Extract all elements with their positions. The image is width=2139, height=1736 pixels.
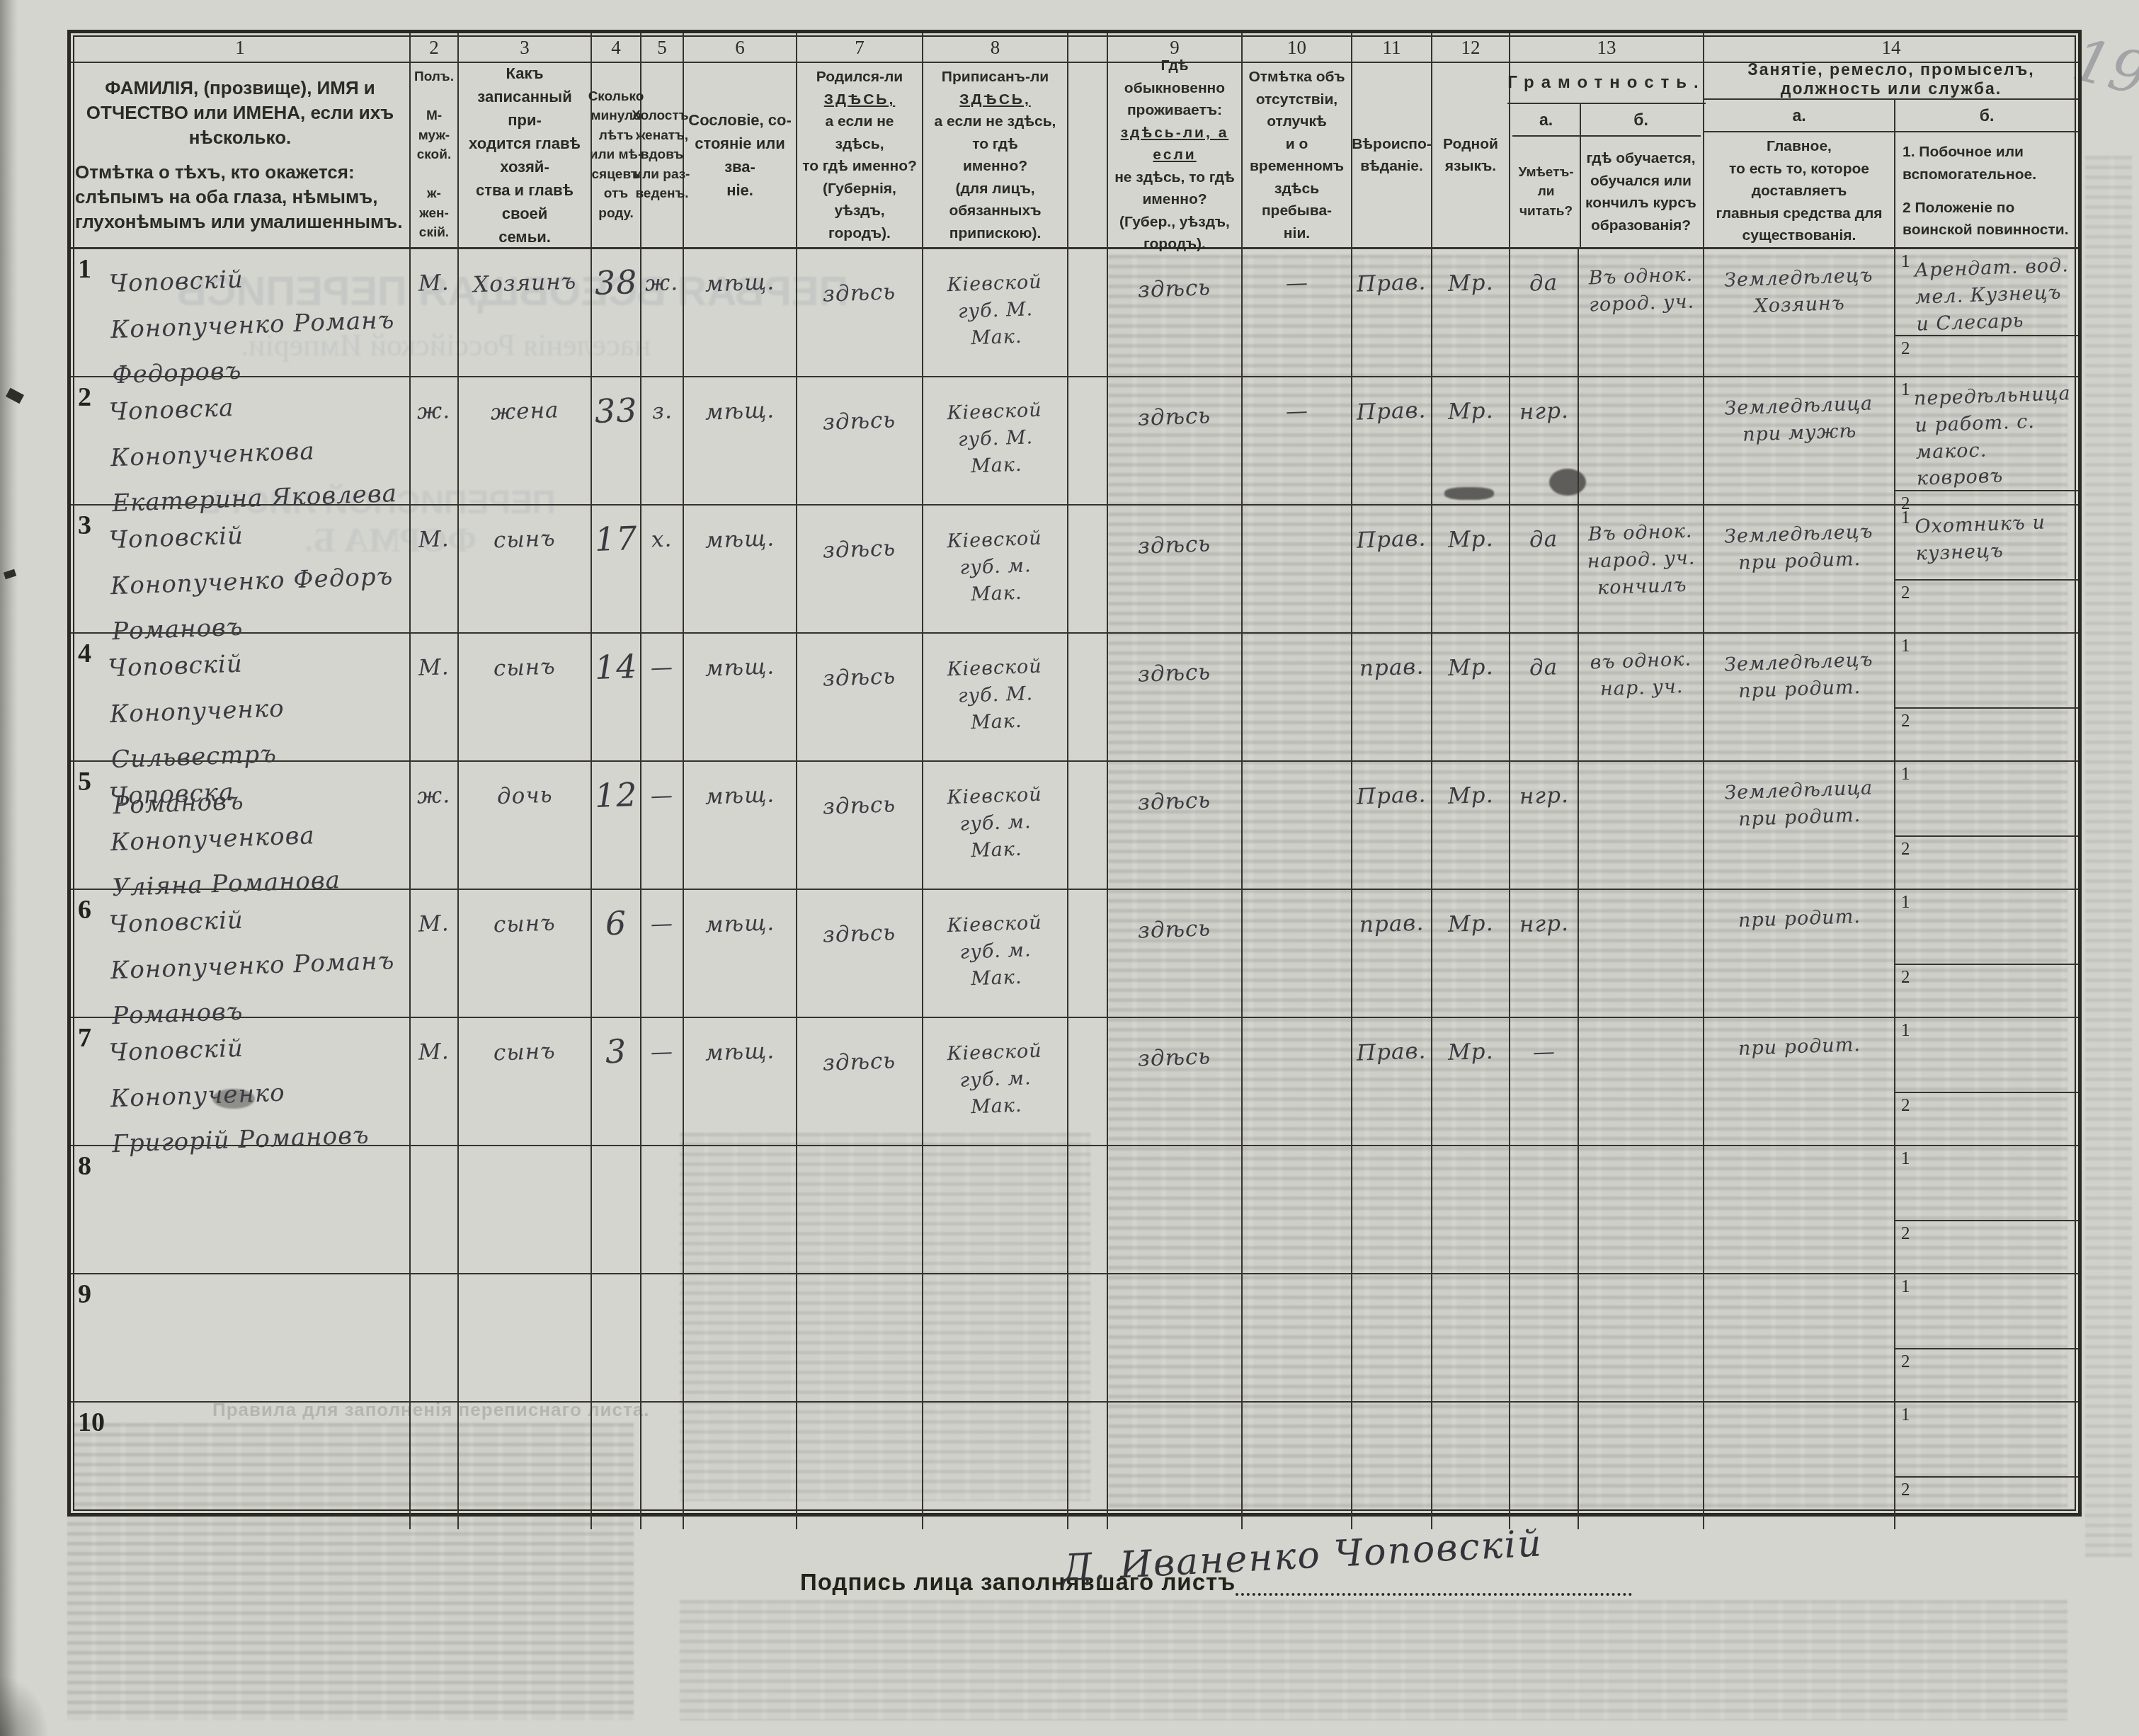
literacy-col-b: б. гдѣ обучается, обучался или кончилъ к… bbox=[1580, 104, 1701, 247]
cell-name: 2 Чоповска Конопученкова Екатерина Яковл… bbox=[71, 377, 411, 504]
occupation-side-subcell: 1 bbox=[1895, 1403, 2078, 1478]
printed-sub-2: 2 bbox=[1901, 1480, 1910, 1500]
cell-religion: прав. bbox=[1352, 634, 1432, 760]
occupation-side-subcell: 1 bbox=[1895, 1146, 2078, 1221]
cell-occupation-main: Земледѣлица при родит. bbox=[1704, 762, 1895, 889]
handwritten-name bbox=[110, 1277, 404, 1286]
cell-birthplace: здѣсь bbox=[797, 249, 923, 376]
table-row: 8 1 2 bbox=[71, 1146, 2078, 1274]
header-birthplace: Родился-ли ЗДѢСЬ, а если не здѣсь, то гд… bbox=[797, 63, 923, 247]
cell-birthplace bbox=[797, 1274, 923, 1401]
literacy-col-a: а. Умѣетъ- ли читать? bbox=[1512, 104, 1580, 247]
col-num-5: 5 bbox=[641, 33, 684, 62]
cell-occupation-main bbox=[1704, 1274, 1895, 1401]
row-number: 4 bbox=[78, 638, 91, 669]
cell-residence: здѣсь bbox=[1108, 1018, 1243, 1145]
cell-relation: сынъ bbox=[459, 634, 592, 760]
cell-language: Мр. bbox=[1432, 634, 1510, 760]
cell-marital: ж. bbox=[641, 249, 684, 376]
occupation-title: Занятіе, ремесло, промыселъ, должность и… bbox=[1704, 60, 2078, 100]
cell-name: 6 Чоповскій Конопученко Романъ Романовъ bbox=[71, 890, 411, 1017]
fold-strip bbox=[1068, 33, 1108, 62]
cell-absence: — bbox=[1243, 249, 1352, 376]
handwritten-name: Чоповскій Конопученко Романъ Романовъ bbox=[108, 892, 406, 1039]
cell-literacy-school: Въ однок. народ. уч. кончилъ bbox=[1579, 506, 1704, 632]
cell-relation bbox=[459, 1146, 592, 1273]
cell-age: 12 bbox=[592, 762, 641, 889]
occupation-military-subcell: 2 bbox=[1895, 709, 2078, 760]
cell-occupation-side: 1 Охотникъ и кузнецъ 2 bbox=[1895, 506, 2078, 632]
cell-occupation-main: Земледѣлица при мужѣ bbox=[1704, 377, 1895, 504]
cell-literacy-reads: да bbox=[1510, 249, 1579, 376]
printed-sub-1: 1 bbox=[1901, 1405, 1910, 1425]
cell-literacy-school bbox=[1579, 1403, 1704, 1529]
cell-age bbox=[592, 1274, 641, 1401]
cell-absence bbox=[1243, 1274, 1352, 1401]
fold-strip bbox=[1068, 1403, 1108, 1529]
col-num-13: 13 bbox=[1510, 33, 1704, 62]
cell-marital: х. bbox=[641, 506, 684, 632]
table-row: 7 Чоповскій Конопученко Григорій Романов… bbox=[71, 1018, 2078, 1146]
cell-marital: — bbox=[641, 762, 684, 889]
header-registration: Приписанъ-ли ЗДѢСЬ, а если не здѣсь, то … bbox=[923, 63, 1068, 247]
cell-name: 5 Чоповска Конопученкова Уліяна Романова bbox=[71, 762, 411, 889]
cell-religion: Прав. bbox=[1352, 249, 1432, 376]
occupation-military-subcell: 2 bbox=[1895, 491, 2078, 504]
cell-registration: Кіевской губ. М. Мак. bbox=[923, 634, 1068, 760]
col-num-1: 1 bbox=[71, 33, 411, 62]
occupation-side-subcell: 1 Охотникъ и кузнецъ bbox=[1895, 506, 2078, 581]
header-literacy: Грамотность. а. Умѣетъ- ли читать? б. гд… bbox=[1510, 63, 1704, 247]
cell-sex: М. bbox=[411, 506, 459, 632]
cell-relation: Хозяинъ bbox=[459, 249, 592, 376]
occupation-side-subcell: 1 bbox=[1895, 1274, 2078, 1349]
cell-residence: здѣсь bbox=[1108, 377, 1243, 504]
cell-literacy-reads bbox=[1510, 1146, 1579, 1273]
cell-estate: мѣщ. bbox=[684, 1018, 797, 1145]
table-row: 10 1 2 bbox=[71, 1403, 2078, 1529]
handwritten-name: Чоповска Конопученкова Уліяна Романова bbox=[108, 764, 406, 911]
printed-sub-2: 2 bbox=[1901, 1096, 1910, 1116]
cell-relation bbox=[459, 1274, 592, 1401]
col-num-11: 11 bbox=[1352, 33, 1432, 62]
cell-residence: здѣсь bbox=[1108, 762, 1243, 889]
cell-sex: ж. bbox=[411, 377, 459, 504]
header-estate: Сословіе, со- стояніе или зва- ніе. bbox=[684, 63, 797, 247]
printed-sub-1: 1 bbox=[1901, 380, 1910, 400]
fold-strip bbox=[1068, 634, 1108, 760]
printed-sub-1: 1 bbox=[1901, 1021, 1910, 1041]
row-number: 7 bbox=[78, 1022, 91, 1053]
occupation-military-item: 2 Положеніе по воинской повинности. bbox=[1903, 197, 2071, 241]
cell-absence bbox=[1243, 1018, 1352, 1145]
cell-literacy-school bbox=[1579, 890, 1704, 1017]
cell-birthplace bbox=[797, 1403, 923, 1529]
cell-residence: здѣсь bbox=[1108, 249, 1243, 376]
cell-occupation-main bbox=[1704, 1146, 1895, 1273]
cell-residence bbox=[1108, 1403, 1243, 1529]
cell-estate: мѣщ. bbox=[684, 506, 797, 632]
cell-absence: — bbox=[1243, 377, 1352, 504]
cell-estate: мѣщ. bbox=[684, 634, 797, 760]
cell-literacy-school bbox=[1579, 1018, 1704, 1145]
row-number: 8 bbox=[78, 1150, 91, 1182]
cell-birthplace bbox=[797, 1146, 923, 1273]
cell-occupation-main: Земледѣлецъ при родит. bbox=[1704, 634, 1895, 760]
handwritten-name bbox=[110, 1148, 404, 1158]
cell-literacy-school bbox=[1579, 762, 1704, 889]
col-num-14: 14 bbox=[1704, 33, 2078, 62]
cell-religion bbox=[1352, 1146, 1432, 1273]
handwritten-name: Чоповскій Конопученко Романъ Федоровъ bbox=[108, 251, 406, 399]
cell-relation: сынъ bbox=[459, 1018, 592, 1145]
col-num-2: 2 bbox=[411, 33, 459, 62]
cell-sex: М. bbox=[411, 634, 459, 760]
occupation-military-subcell: 2 bbox=[1895, 965, 2078, 1017]
table-row: 9 1 2 bbox=[71, 1274, 2078, 1403]
cell-residence bbox=[1108, 1146, 1243, 1273]
cell-literacy-reads bbox=[1510, 1403, 1579, 1529]
cell-registration: Кіевской губ. М. Мак. bbox=[923, 377, 1068, 504]
cell-birthplace: здѣсь bbox=[797, 377, 923, 504]
occupation-side-subcell: 1 bbox=[1895, 762, 2078, 837]
header-name-line1: ФАМИЛІЯ, (прозвище), ИМЯ и ОТЧЕСТВО или … bbox=[75, 76, 405, 150]
cell-marital bbox=[641, 1146, 684, 1273]
cell-name: 7 Чоповскій Конопученко Григорій Романов… bbox=[71, 1018, 411, 1145]
row-number: 1 bbox=[78, 253, 91, 285]
handwritten-name bbox=[110, 1405, 404, 1415]
cell-registration bbox=[923, 1146, 1068, 1273]
cell-age: 38 bbox=[592, 249, 641, 376]
occupation-military-subcell: 2 bbox=[1895, 1478, 2078, 1529]
fold-strip bbox=[1068, 1146, 1108, 1273]
cell-occupation-main bbox=[1704, 1403, 1895, 1529]
cell-age: 17 bbox=[592, 506, 641, 632]
column-headers-row: ФАМИЛІЯ, (прозвище), ИМЯ и ОТЧЕСТВО или … bbox=[71, 63, 2078, 249]
cell-residence bbox=[1108, 1274, 1243, 1401]
literacy-title: Грамотность. bbox=[1507, 63, 1705, 104]
census-scan-page: { "page": { "number": "19" }, "table": {… bbox=[0, 0, 2139, 1736]
row-number: 3 bbox=[78, 510, 91, 541]
cell-birthplace: здѣсь bbox=[797, 1018, 923, 1145]
cell-relation: жена bbox=[459, 377, 592, 504]
cell-language: Мр. bbox=[1432, 1018, 1510, 1145]
census-table: 1 2 3 4 5 6 7 8 9 10 11 12 13 14 ФАМИЛІЯ… bbox=[67, 30, 2082, 1517]
cell-absence bbox=[1243, 1146, 1352, 1273]
cell-residence: здѣсь bbox=[1108, 506, 1243, 632]
corner-smudge bbox=[0, 1675, 50, 1736]
cell-occupation-side: 1 2 bbox=[1895, 1018, 2078, 1145]
occupation-side-subcell: 1 bbox=[1895, 1018, 2078, 1093]
occupation-military-subcell: 2 bbox=[1895, 1221, 2078, 1273]
occupation-col-a: а. Главное, то есть то, которое доставля… bbox=[1704, 100, 1894, 250]
printed-sub-1: 1 bbox=[1901, 1277, 1910, 1297]
cell-absence bbox=[1243, 506, 1352, 632]
printed-sub-2: 2 bbox=[1901, 583, 1910, 603]
printed-sub-1: 1 bbox=[1901, 765, 1910, 784]
header-sex: Полъ. М-муж- ской. ж-жен- скій. bbox=[411, 63, 459, 247]
printed-sub-1: 1 bbox=[1901, 508, 1910, 528]
cell-language bbox=[1432, 1146, 1510, 1273]
table-row: 2 Чоповска Конопученкова Екатерина Яковл… bbox=[71, 377, 2078, 506]
cell-religion: Прав. bbox=[1352, 506, 1432, 632]
handwritten-name: Чоповскій Конопученко Григорій Романовъ bbox=[108, 1020, 406, 1167]
cell-estate: мѣщ. bbox=[684, 249, 797, 376]
printed-sub-2: 2 bbox=[1901, 712, 1910, 731]
row-number: 6 bbox=[78, 894, 91, 925]
col-num-4: 4 bbox=[592, 33, 641, 62]
cell-registration: Кіевской губ. м. Мак. bbox=[923, 1018, 1068, 1145]
cell-occupation-main: при родит. bbox=[1704, 890, 1895, 1017]
cell-name: 1 Чоповскій Конопученко Романъ Федоровъ bbox=[71, 249, 411, 376]
cell-religion: Прав. bbox=[1352, 762, 1432, 889]
header-name-column: ФАМИЛІЯ, (прозвище), ИМЯ и ОТЧЕСТВО или … bbox=[71, 63, 411, 247]
header-residence: Гдѣ обыкновенно проживаетъ: здѣсь-ли, а … bbox=[1108, 63, 1243, 247]
cell-relation: сынъ bbox=[459, 506, 592, 632]
cell-estate bbox=[684, 1403, 797, 1529]
occupation-military-subcell: 2 bbox=[1895, 336, 2078, 376]
cell-language: Мр. bbox=[1432, 506, 1510, 632]
table-row: 5 Чоповска Конопученкова Уліяна Романова… bbox=[71, 762, 2078, 890]
cell-religion: Прав. bbox=[1352, 377, 1432, 504]
cell-relation: дочь bbox=[459, 762, 592, 889]
cell-language: Мр. bbox=[1432, 890, 1510, 1017]
cell-language: Мр. bbox=[1432, 377, 1510, 504]
col-num-12: 12 bbox=[1432, 33, 1510, 62]
printed-sub-1: 1 bbox=[1901, 636, 1910, 656]
cell-occupation-side: 1 2 bbox=[1895, 634, 2078, 760]
occupation-side-subcell: 1 передѣльница и работ. с. макос. ковров… bbox=[1895, 377, 2078, 491]
printed-sub-2: 2 bbox=[1901, 968, 1910, 988]
cell-absence bbox=[1243, 762, 1352, 889]
cell-occupation-main: Земледѣлецъ Хозяинъ bbox=[1704, 249, 1895, 376]
cell-literacy-reads: да bbox=[1510, 634, 1579, 760]
cell-literacy-school bbox=[1579, 1274, 1704, 1401]
cell-marital: з. bbox=[641, 377, 684, 504]
cell-occupation-side: 1 Арендат. вод. мел. Кузнецъ и Слесарь 2 bbox=[1895, 249, 2078, 376]
cell-occupation-side: 1 2 bbox=[1895, 1146, 2078, 1273]
printed-sub-2: 2 bbox=[1901, 339, 1910, 359]
cell-marital bbox=[641, 1403, 684, 1529]
table-row: 4 Чоповскій Конопученко Сильвестръ Роман… bbox=[71, 634, 2078, 762]
cell-age: 6 bbox=[592, 890, 641, 1017]
table-body: 1 Чоповскій Конопученко Романъ Федоровъ … bbox=[71, 249, 2078, 1529]
cell-occupation-side: 1 передѣльница и работ. с. макос. ковров… bbox=[1895, 377, 2078, 504]
printed-sub-2: 2 bbox=[1901, 1352, 1910, 1372]
occupation-military-subcell: 2 bbox=[1895, 837, 2078, 889]
cell-age: 3 bbox=[592, 1018, 641, 1145]
cell-literacy-reads: нгр. bbox=[1510, 890, 1579, 1017]
cell-birthplace: здѣсь bbox=[797, 506, 923, 632]
cell-relation: сынъ bbox=[459, 890, 592, 1017]
cell-religion bbox=[1352, 1274, 1432, 1401]
fold-strip bbox=[1068, 1274, 1108, 1401]
cell-absence bbox=[1243, 1403, 1352, 1529]
printed-sub-1: 1 bbox=[1901, 1149, 1910, 1169]
header-language: Родной языкъ. bbox=[1432, 63, 1510, 247]
cell-marital: — bbox=[641, 890, 684, 1017]
cell-literacy-reads: да bbox=[1510, 506, 1579, 632]
cell-literacy-school bbox=[1579, 1146, 1704, 1273]
occupation-side-subcell: 1 bbox=[1895, 890, 2078, 965]
cell-estate bbox=[684, 1274, 797, 1401]
cell-occupation-side: 1 2 bbox=[1895, 1274, 2078, 1401]
handwritten-name: Чоповскій Конопученко Федоръ Романовъ bbox=[108, 508, 406, 655]
cell-literacy-reads: — bbox=[1510, 1018, 1579, 1145]
cell-age: 14 bbox=[592, 634, 641, 760]
cell-age: 33 bbox=[592, 377, 641, 504]
cell-estate: мѣщ. bbox=[684, 762, 797, 889]
cell-occupation-side: 1 2 bbox=[1895, 890, 2078, 1017]
printed-sub-2: 2 bbox=[1901, 1224, 1910, 1244]
cell-sex: М. bbox=[411, 249, 459, 376]
occupation-side-item: 1. Побочное или вспомогательное. bbox=[1903, 141, 2071, 185]
cell-age bbox=[592, 1403, 641, 1529]
fold-strip bbox=[1068, 890, 1108, 1017]
printed-sub-2: 2 bbox=[1901, 840, 1910, 860]
cell-name: 3 Чоповскій Конопученко Федоръ Романовъ bbox=[71, 506, 411, 632]
cell-absence bbox=[1243, 890, 1352, 1017]
printed-sub-1: 1 bbox=[1901, 252, 1910, 272]
header-relation: Какъ записанный при- ходится главѣ хозяй… bbox=[459, 63, 592, 247]
cell-relation bbox=[459, 1403, 592, 1529]
row-number: 10 bbox=[78, 1407, 105, 1438]
cell-marital bbox=[641, 1274, 684, 1401]
cell-marital: — bbox=[641, 1018, 684, 1145]
cell-language: Мр. bbox=[1432, 249, 1510, 376]
cell-registration: Кіевской губ. м. Мак. bbox=[923, 762, 1068, 889]
table-row: 3 Чоповскій Конопученко Федоръ Романовъ … bbox=[71, 506, 2078, 634]
occupation-side-subcell: 1 Арендат. вод. мел. Кузнецъ и Слесарь bbox=[1895, 249, 2078, 336]
cell-estate bbox=[684, 1146, 797, 1273]
handwritten-name: Чоповска Конопученкова Екатерина Яковлев… bbox=[108, 379, 406, 527]
cell-occupation-side: 1 2 bbox=[1895, 1403, 2078, 1529]
printed-sub-1: 1 bbox=[1901, 893, 1910, 913]
fold-strip bbox=[1068, 1018, 1108, 1145]
occupation-military-subcell: 2 bbox=[1895, 1093, 2078, 1145]
cell-literacy-reads: нгр. bbox=[1510, 762, 1579, 889]
occupation-side-subcell: 1 bbox=[1895, 634, 2078, 709]
row-number: 5 bbox=[78, 766, 91, 797]
cell-literacy-reads bbox=[1510, 1274, 1579, 1401]
column-numbers-row: 1 2 3 4 5 6 7 8 9 10 11 12 13 14 bbox=[71, 33, 2078, 63]
cell-estate: мѣщ. bbox=[684, 377, 797, 504]
cell-birthplace: здѣсь bbox=[797, 890, 923, 1017]
cell-occupation-main: при родит. bbox=[1704, 1018, 1895, 1145]
cell-sex bbox=[411, 1403, 459, 1529]
cell-birthplace: здѣсь bbox=[797, 634, 923, 760]
cell-registration bbox=[923, 1403, 1068, 1529]
bleed-texture bbox=[2085, 156, 2132, 1558]
col-num-10: 10 bbox=[1243, 33, 1352, 62]
cell-residence: здѣсь bbox=[1108, 634, 1243, 760]
cell-sex: М. bbox=[411, 1018, 459, 1145]
cell-religion: прав. bbox=[1352, 890, 1432, 1017]
cell-name: 9 bbox=[71, 1274, 411, 1401]
cell-marital: — bbox=[641, 634, 684, 760]
cell-literacy-school bbox=[1579, 377, 1704, 504]
cell-registration bbox=[923, 1274, 1068, 1401]
book-gutter-shadow bbox=[0, 0, 18, 1736]
cell-language: Мр. bbox=[1432, 762, 1510, 889]
cell-sex bbox=[411, 1274, 459, 1401]
col-num-6: 6 bbox=[684, 33, 797, 62]
cell-birthplace: здѣсь bbox=[797, 762, 923, 889]
cell-religion bbox=[1352, 1403, 1432, 1529]
cell-residence: здѣсь bbox=[1108, 890, 1243, 1017]
cell-sex: ж. bbox=[411, 762, 459, 889]
col-num-7: 7 bbox=[797, 33, 923, 62]
header-religion: Вѣроиспо- вѣданіе. bbox=[1352, 63, 1432, 247]
cell-language bbox=[1432, 1403, 1510, 1529]
occupation-col-b: б. 1. Побочное или вспомогательное. 2 По… bbox=[1894, 100, 2078, 250]
table-row: 6 Чоповскій Конопученко Романъ Романовъ … bbox=[71, 890, 2078, 1018]
header-marital: Холостъ, женатъ, вдовъ или раз- веденъ. bbox=[641, 63, 684, 247]
cell-language bbox=[1432, 1274, 1510, 1401]
table-row: 1 Чоповскій Конопученко Романъ Федоровъ … bbox=[71, 249, 2078, 377]
row-number: 2 bbox=[78, 382, 91, 413]
cell-religion: Прав. bbox=[1352, 1018, 1432, 1145]
occupation-military-subcell: 2 bbox=[1895, 581, 2078, 632]
cell-name: 8 bbox=[71, 1146, 411, 1273]
cell-literacy-school: въ однок. нар. уч. bbox=[1579, 634, 1704, 760]
cell-registration: Кіевской губ. М. Мак. bbox=[923, 249, 1068, 376]
col-num-3: 3 bbox=[459, 33, 592, 62]
occupation-military-subcell: 2 bbox=[1895, 1349, 2078, 1401]
fold-strip bbox=[1068, 506, 1108, 632]
fold-strip bbox=[1068, 762, 1108, 889]
cell-registration: Кіевской губ. м. Мак. bbox=[923, 506, 1068, 632]
cell-name: 4 Чоповскій Конопученко Сильвестръ Роман… bbox=[71, 634, 411, 760]
cell-occupation-side: 1 2 bbox=[1895, 762, 2078, 889]
col-num-8: 8 bbox=[923, 33, 1068, 62]
cell-age bbox=[592, 1146, 641, 1273]
header-name-line2: Отмѣтка о тѣхъ, кто окажется: слѣпымъ на… bbox=[75, 160, 405, 234]
cell-absence bbox=[1243, 634, 1352, 760]
fold-strip bbox=[1068, 63, 1108, 247]
cell-sex bbox=[411, 1146, 459, 1273]
header-absence: Отмѣтка объ отсутствіи, отлучкѣ и о врем… bbox=[1243, 63, 1352, 247]
cell-name: 10 bbox=[71, 1403, 411, 1529]
cell-estate: мѣщ. bbox=[684, 890, 797, 1017]
fold-strip bbox=[1068, 377, 1108, 504]
cell-sex: М. bbox=[411, 890, 459, 1017]
cell-registration: Кіевской губ. м. Мак. bbox=[923, 890, 1068, 1017]
header-occupation: Занятіе, ремесло, промыселъ, должность и… bbox=[1704, 63, 2078, 247]
cell-occupation-main: Земледѣлецъ при родит. bbox=[1704, 506, 1895, 632]
fold-strip bbox=[1068, 249, 1108, 376]
cell-literacy-school: Въ однок. город. уч. bbox=[1579, 249, 1704, 376]
cell-literacy-reads: нгр. bbox=[1510, 377, 1579, 504]
bleed-texture bbox=[680, 1600, 2067, 1720]
row-number: 9 bbox=[78, 1279, 91, 1310]
